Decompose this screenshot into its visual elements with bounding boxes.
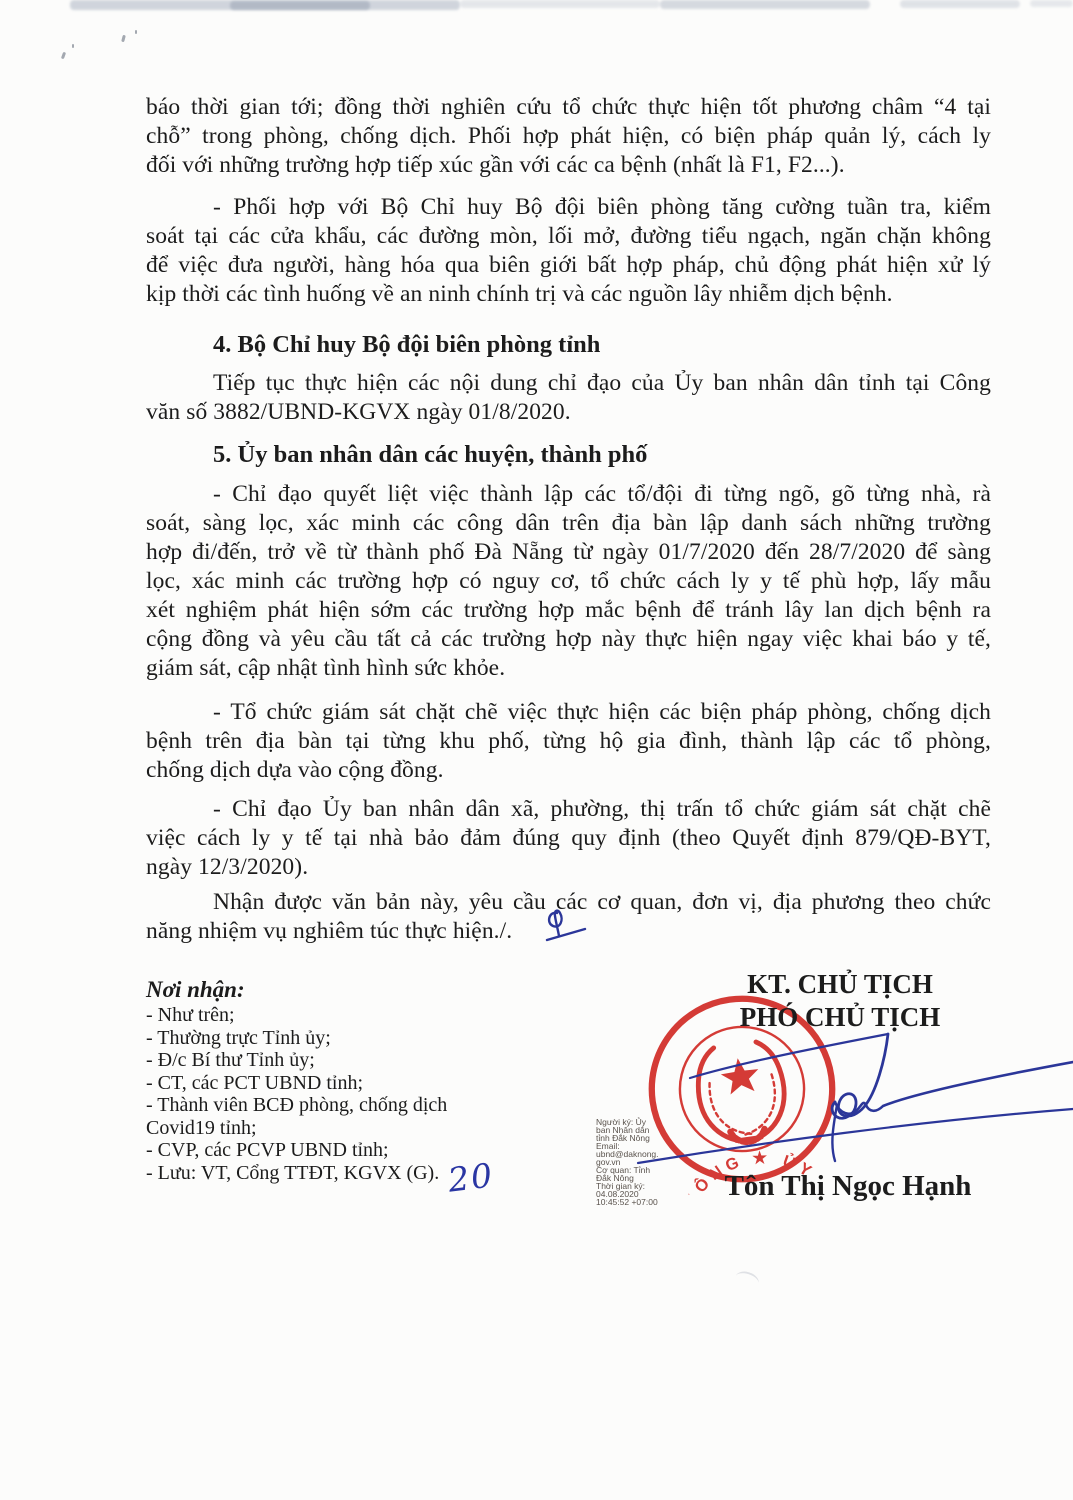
text-line: văn số 3882/UBND-KGVX ngày 01/8/2020. (146, 398, 991, 427)
text-line: hợp đi/đến, trở về từ thành phố Đà Nẵng … (146, 538, 991, 567)
text-line: bệnh trên địa bàn tại từng khu phố, từng… (146, 727, 991, 756)
text-line: - Tổ chức giám sát chặt chẽ việc thực hi… (146, 698, 991, 727)
text-line: Tiếp tục thực hiện các nội dung chỉ đạo … (146, 369, 991, 398)
recipient-item: - CVP, các PCVP UBND tỉnh; (146, 1139, 486, 1162)
text-line: - Chỉ đạo quyết liệt việc thành lập các … (146, 480, 991, 509)
section-heading-4: 4. Bộ Chỉ huy Bộ đội biên phòng tỉnh (146, 330, 991, 359)
paragraph-section4: Tiếp tục thực hiện các nội dung chỉ đạo … (146, 369, 991, 427)
text-line: chống dịch dựa vào cộng đồng. (146, 756, 991, 785)
paragraph-screening: - Chỉ đạo quyết liệt việc thành lập các … (146, 480, 991, 683)
scan-speck (72, 44, 74, 48)
paragraph-home-quarantine: - Chỉ đạo Ủy ban nhân dân xã, phường, th… (146, 795, 991, 882)
document-page: báo thời gian tới; đồng thời nghiên cứu … (0, 0, 1073, 1500)
scan-speck (121, 35, 126, 43)
text-line: soát tại các cửa khẩu, các đường mòn, lố… (146, 222, 991, 251)
handwritten-page-number: 20 (446, 1155, 496, 1199)
text-line: ngày 12/3/2020). (146, 853, 991, 882)
text-line: cộng đồng và yêu cầu tất cả các trường h… (146, 625, 991, 654)
paragraph-carryover: báo thời gian tới; đồng thời nghiên cứu … (146, 93, 991, 180)
text-line: đối với những trường hợp tiếp xúc gần vớ… (146, 151, 991, 180)
recipient-item: - Đ/c Bí thư Tỉnh ủy; (146, 1049, 486, 1072)
scan-artifact-top-band (0, 0, 1073, 13)
recipient-item: - CT, các PCT UBND tỉnh; (146, 1072, 486, 1095)
text-line: việc cách ly y tế tại nhà bảo đảm đúng q… (146, 824, 991, 853)
scan-speck (135, 30, 137, 34)
recipients-header: Nơi nhận: (146, 977, 245, 1003)
text-line: - Phối hợp với Bộ Chỉ huy Bộ đội biên ph… (146, 193, 991, 222)
text-line: giám sát, cập nhật tình hình sức khỏe. (146, 654, 991, 683)
text-line: kịp thời các tình huống về an ninh chính… (146, 280, 991, 309)
signature-ink (590, 1005, 1073, 1185)
text-line: xét nghiệm phát hiện sớm các trường hợp … (146, 596, 991, 625)
paragraph-border-guard: - Phối hợp với Bộ Chỉ huy Bộ đội biên ph… (146, 193, 991, 309)
recipient-item: - Thành viên BCĐ phòng, chống dịch (146, 1094, 486, 1117)
text-line: chỗ” trong phòng, chống dịch. Phối hợp p… (146, 122, 991, 151)
recipient-item: - Lưu: VT, Cổng TTĐT, KGVX (G). (146, 1162, 486, 1185)
section-heading-5: 5. Ủy ban nhân dân các huyện, thành phố (146, 440, 991, 469)
recipient-item: - Thường trực Tỉnh ủy; (146, 1027, 486, 1050)
handwritten-paraph-mark (543, 905, 591, 951)
paragraph-monitoring: - Tổ chức giám sát chặt chẽ việc thực hi… (146, 698, 991, 785)
signature-kt-title: KT. CHỦ TỊCH (690, 968, 990, 1000)
recipients-list: - Như trên;- Thường trực Tỉnh ủy;- Đ/c B… (146, 1004, 486, 1184)
recipient-item: - Như trên; (146, 1004, 486, 1027)
text-line: báo thời gian tới; đồng thời nghiên cứu … (146, 93, 991, 122)
recipient-item: Covid19 tỉnh; (146, 1117, 486, 1140)
text-line: - Chỉ đạo Ủy ban nhân dân xã, phường, th… (146, 795, 991, 824)
text-line: lọc, xác minh các trường hợp có nguy cơ,… (146, 567, 991, 596)
text-line: soát, sàng lọc, xác minh các công dân tr… (146, 509, 991, 538)
text-line: để việc đưa người, hàng hóa qua biên giớ… (146, 251, 991, 280)
scan-speck (61, 52, 66, 60)
scan-speck (733, 1269, 761, 1292)
